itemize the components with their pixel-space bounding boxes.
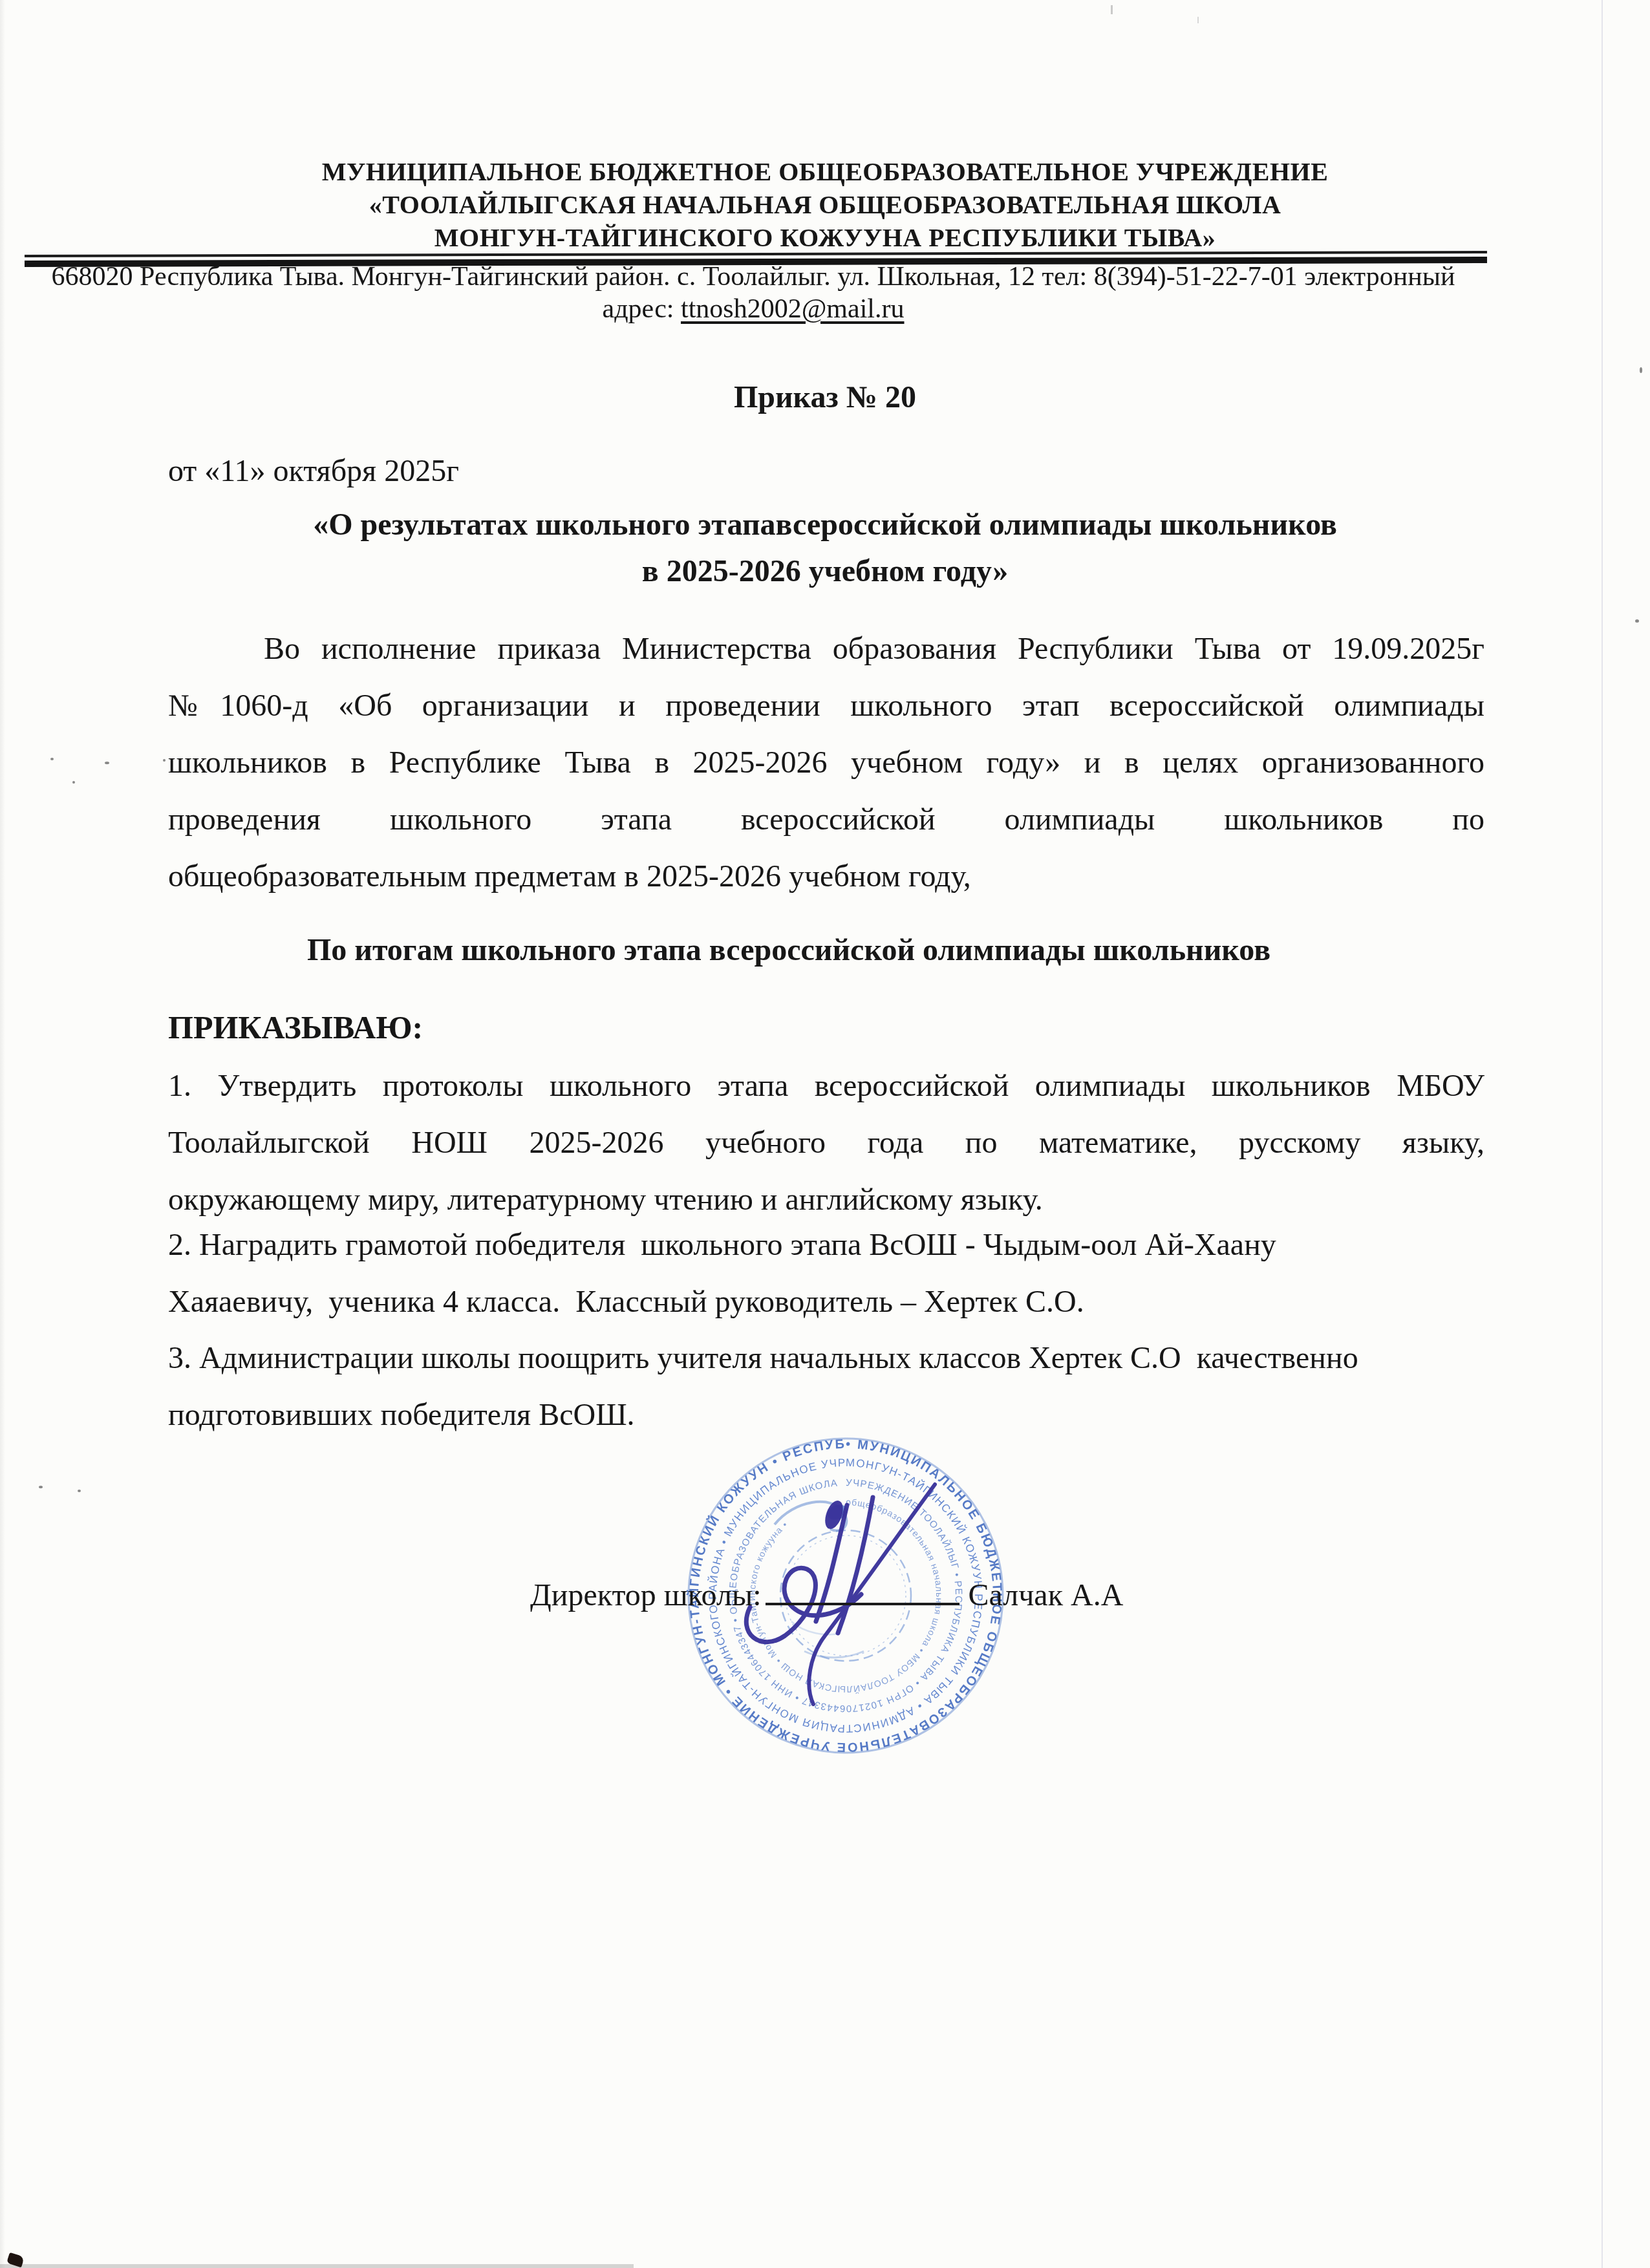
org-name-line1: МУНИЦИПАЛЬНОЕ БЮДЖЕТНОЕ ОБЩЕОБРАЗОВАТЕЛЬ… xyxy=(0,155,1650,188)
scan-edge-right xyxy=(1602,0,1603,2268)
decree-item-line: 2. Наградить грамотой победителя школьно… xyxy=(168,1217,1484,1274)
scan-speck xyxy=(105,762,109,764)
address-line: 668020 Республика Тыва. Монгун-Тайгински… xyxy=(0,261,1506,292)
decree-item-3: 3. Администрации школы поощрить учителя … xyxy=(168,1330,1484,1444)
preamble-line: №1060-д «Об организации и проведении шко… xyxy=(168,678,1484,734)
scan-speck xyxy=(39,1486,43,1488)
order-subject-line2: в 2025-2026 учебном году» xyxy=(0,552,1650,591)
signature-blank-line xyxy=(766,1565,959,1605)
preamble-line: проведения школьного этапа всероссийской… xyxy=(168,791,1484,848)
address-email-line: адрес: ttnosh2002@mail.ru xyxy=(0,294,1506,325)
signature-row: Директор школы: Салчак А.А xyxy=(530,1565,1123,1624)
org-name-line2: «ТООЛАЙЛЫГСКАЯ НАЧАЛЬНАЯ ОБЩЕОБРАЗОВАТЕЛ… xyxy=(0,188,1650,221)
preamble-line: школьников в Республике Тыва в 2025-2026… xyxy=(168,734,1484,791)
scan-artifact-corner xyxy=(6,2252,25,2268)
scan-speck xyxy=(163,759,166,762)
scan-speck xyxy=(50,758,54,760)
order-date: от «11» октября 2025г xyxy=(168,443,459,500)
results-line: По итогам школьного этапа всероссийской … xyxy=(133,922,1445,979)
signature-label: Директор школы: xyxy=(530,1567,762,1624)
scan-speck xyxy=(72,781,75,784)
preamble-line: Во исполнение приказа Министерства образ… xyxy=(168,621,1484,678)
order-title: Приказ № 20 xyxy=(0,370,1650,425)
director-name: Салчак А.А xyxy=(969,1567,1124,1624)
scan-speck xyxy=(1635,619,1639,623)
address-label: адрес: xyxy=(602,294,681,324)
decree-heading: ПРИКАЗЫВАЮ: xyxy=(168,999,423,1056)
email-text: ttnosh2002@mail.ru xyxy=(681,294,905,324)
decree-item-2: 2. Наградить грамотой победителя школьно… xyxy=(168,1217,1484,1331)
decree-item-line: Хаяаевичу, ученика 4 класса. Классный ру… xyxy=(168,1274,1484,1331)
preamble-paragraph: Во исполнение приказа Министерства образ… xyxy=(168,621,1484,905)
decree-item-1: 1. Утвердить протоколы школьного этапа в… xyxy=(168,1058,1484,1228)
scan-edge-left xyxy=(0,0,5,2268)
preamble-line: общеобразовательным предметам в 2025-202… xyxy=(168,848,1484,905)
decree-item-line: 1. Утвердить протоколы школьного этапа в… xyxy=(168,1058,1484,1115)
scan-speck xyxy=(78,1490,81,1492)
org-name-line3: МОНГУН-ТАЙГИНСКОГО КОЖУУНА РЕСПУБЛИКИ ТЫ… xyxy=(0,221,1650,254)
scan-edge-bottom xyxy=(0,2264,634,2268)
decree-item-line: Тоолайлыгской НОШ 2025-2026 учебного год… xyxy=(168,1115,1484,1171)
order-subject-line1: «О результатах школьного этапавсероссийс… xyxy=(0,506,1650,544)
scan-speck xyxy=(1111,5,1113,14)
decree-item-line: 3. Администрации школы поощрить учителя … xyxy=(168,1330,1484,1387)
scanned-order-document: МУНИЦИПАЛЬНОЕ БЮДЖЕТНОЕ ОБЩЕОБРАЗОВАТЕЛЬ… xyxy=(0,0,1650,2268)
scan-speck xyxy=(1197,17,1199,23)
letterhead: МУНИЦИПАЛЬНОЕ БЮДЖЕТНОЕ ОБЩЕОБРАЗОВАТЕЛЬ… xyxy=(0,155,1650,254)
